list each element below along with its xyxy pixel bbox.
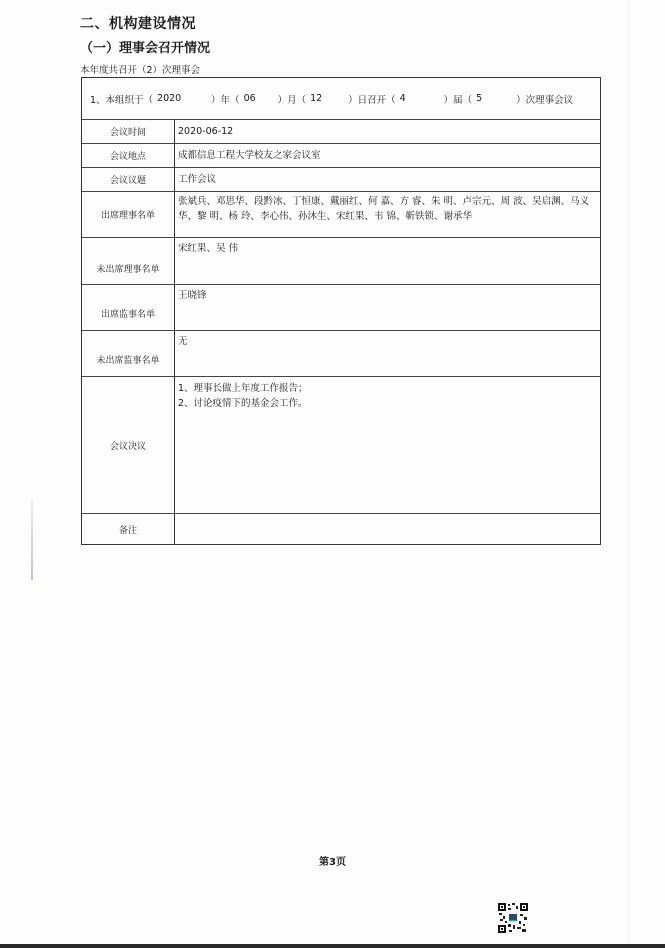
row-label-remarks: 备注: [82, 514, 175, 544]
resolution-item: 2、讨论疫情下的基金会工作。: [178, 396, 597, 411]
remarks-value: [175, 514, 600, 544]
meeting-time-value: 2020-06-12: [175, 120, 600, 143]
row-label-resolutions: 会议决议: [82, 377, 175, 513]
header-session-suffix: ）次理事会议: [516, 92, 573, 106]
row-label-attending-directors: 出席理事名单: [82, 192, 175, 237]
header-prefix: 1、本组织于（: [90, 92, 153, 106]
header-year-suffix: ）年（: [211, 92, 240, 106]
scan-artifact: [31, 500, 33, 580]
meeting-month: 06: [240, 93, 278, 104]
absent-supervisors-value: 无: [175, 331, 600, 376]
row-label-absent-directors: 未出席理事名单: [82, 238, 175, 284]
subsection-title: （一）理事会召开情况: [80, 37, 210, 56]
section-title: 二、机构建设情况: [80, 13, 196, 33]
table-row: 备注: [82, 513, 600, 544]
meeting-day: 12: [306, 93, 348, 104]
meeting-location-value: 成都信息工程大学校友之家会议室: [175, 144, 600, 167]
row-label-time: 会议时间: [82, 120, 175, 143]
page-number: 第3页: [0, 853, 665, 868]
meeting-session: 5: [472, 93, 516, 104]
table-row: 出席理事名单 张斌兵、邓思华、段黔冰、丁恒康、戴丽红、何 嘉、方 睿、朱 明、卢…: [82, 191, 600, 237]
row-label-location: 会议地点: [82, 144, 175, 167]
meeting-header-row: 1、本组织于（ 2020 ）年（ 06 ）月（ 12 ）日召开（ 4 ）届（ 5…: [82, 78, 600, 119]
attending-directors-value: 张斌兵、邓思华、段黔冰、丁恒康、戴丽红、何 嘉、方 睿、朱 明、卢宗元、周 波、…: [175, 192, 600, 237]
row-label-topic: 会议议题: [82, 168, 175, 191]
meeting-topic-value: 工作会议: [175, 168, 600, 191]
table-row: 会议地点 成都信息工程大学校友之家会议室: [82, 143, 600, 167]
row-label-absent-supervisors: 未出席监事名单: [82, 331, 175, 376]
meeting-count-summary: 本年度共召开（2）次理事会: [80, 62, 200, 76]
table-row: 出席监事名单 王晓锋: [82, 284, 600, 330]
absent-directors-value: 宋红果、吴 伟: [175, 238, 600, 284]
resolution-item: 1、理事长做上年度工作报告；: [178, 381, 597, 396]
header-day-suffix: ）日召开（: [348, 92, 396, 106]
row-label-attending-supervisors: 出席监事名单: [82, 285, 175, 330]
meeting-year: 2020: [153, 93, 211, 104]
resolutions-value: 1、理事长做上年度工作报告； 2、讨论疫情下的基金会工作。: [175, 377, 600, 513]
table-row: 未出席监事名单 无: [82, 330, 600, 376]
header-month-suffix: ）月（: [278, 92, 307, 106]
table-row: 会议议题 工作会议: [82, 167, 600, 191]
table-row: 会议时间 2020-06-12: [82, 119, 600, 143]
attending-supervisors-value: 王晓锋: [175, 285, 600, 330]
meeting-term: 4: [396, 93, 444, 104]
board-meeting-table: 1、本组织于（ 2020 ）年（ 06 ）月（ 12 ）日召开（ 4 ）届（ 5…: [81, 77, 601, 545]
header-term-suffix: ）届（: [444, 92, 473, 106]
scan-edge: [628, 0, 629, 948]
table-row: 未出席理事名单 宋红果、吴 伟: [82, 237, 600, 284]
qr-code-icon: [498, 903, 528, 933]
scan-bottom-edge: [0, 944, 665, 948]
table-row: 会议决议 1、理事长做上年度工作报告； 2、讨论疫情下的基金会工作。: [82, 376, 600, 513]
